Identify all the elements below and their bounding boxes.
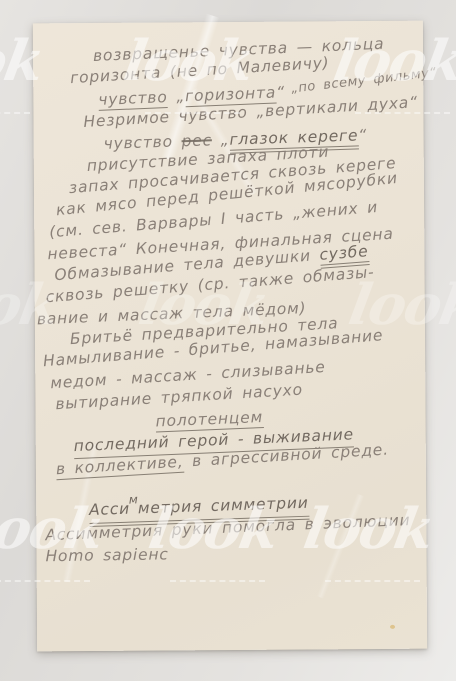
text-run: „ bbox=[167, 87, 185, 106]
handwritten-correction: полотенцем bbox=[155, 408, 263, 431]
paper-sheet: возвращенье чувства — кольца горизонта (… bbox=[33, 21, 427, 652]
paper-stain bbox=[390, 625, 395, 629]
photo-of-handwritten-note: возвращенье чувства — кольца горизонта (… bbox=[0, 0, 456, 681]
underlined-word: чувство bbox=[98, 88, 168, 111]
text-run: “ bbox=[358, 126, 367, 144]
text-run: Homo sapieнс bbox=[45, 545, 168, 565]
text-run: “ bbox=[276, 83, 286, 101]
text-run: метрия симметрии bbox=[138, 494, 309, 518]
struck-out-word: рес bbox=[181, 131, 212, 150]
watermark-subtext-line bbox=[0, 112, 30, 114]
paper-crease bbox=[317, 494, 365, 599]
text-run: Асси bbox=[89, 500, 130, 519]
inserted-letter: м bbox=[128, 492, 138, 506]
text-run: чувство bbox=[103, 132, 182, 153]
text-run: „ bbox=[212, 131, 230, 150]
handwritten-line: Homo sapieнс bbox=[45, 545, 168, 566]
